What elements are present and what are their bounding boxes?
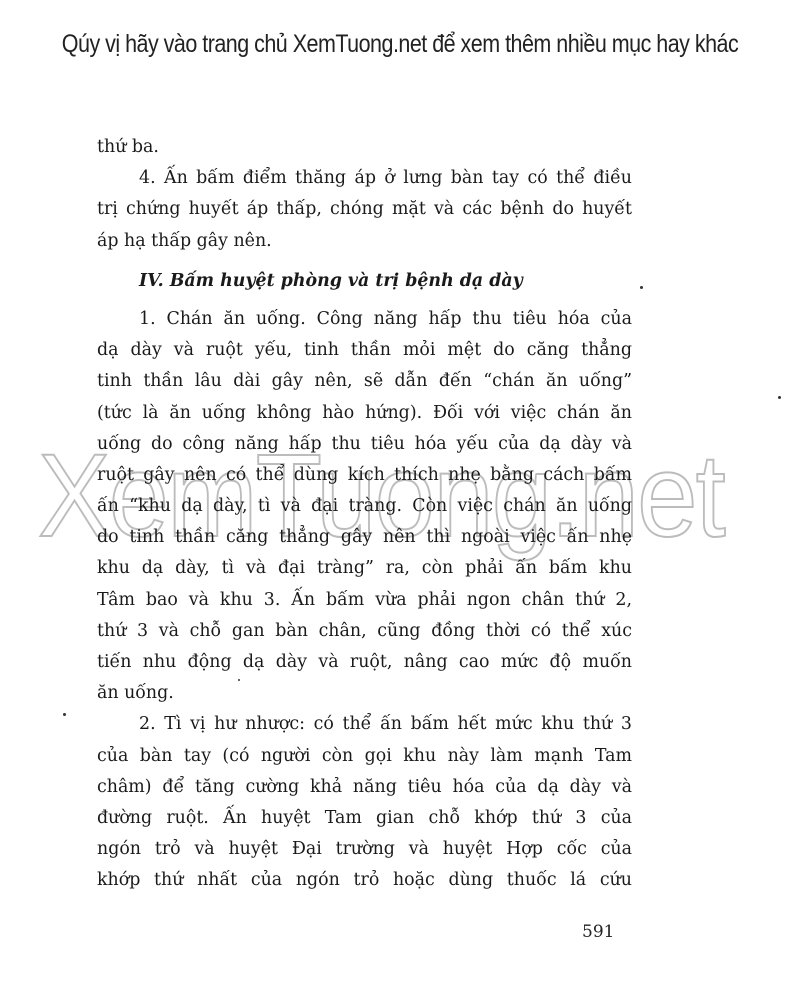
text-line: (tức là ăn uống không hào hứng). Đối với… xyxy=(97,398,632,429)
paragraph-4: 4. Ấn bấm điểm thăng áp ở lưng bàn tay c… xyxy=(97,163,632,257)
paragraph-2: 2. Tì vị hư nhược: có thể ấn bấm hết mức… xyxy=(97,709,632,896)
page-number: 591 xyxy=(582,922,614,942)
text-line: 1. Chán ăn uống. Công năng hấp thu tiêu … xyxy=(97,304,632,335)
scan-speck xyxy=(640,286,643,289)
book-page-body: thứ ba. 4. Ấn bấm điểm thăng áp ở lưng b… xyxy=(97,132,632,897)
text-line: Tâm bao và khu 3. Ấn bấm vừa phải ngon c… xyxy=(97,585,632,616)
scan-speck xyxy=(63,713,66,716)
text-line: của bàn tay (có người còn gọi khu này là… xyxy=(97,741,632,772)
text-line: uống do công năng hấp thu tiêu hóa yếu c… xyxy=(97,429,632,460)
section-heading: IV. Bấm huyệt phòng và trị bệnh dạ dày xyxy=(97,266,632,297)
text-line: đường ruột. Ấn huyệt Tam gian chỗ khớp t… xyxy=(97,803,632,834)
text-line: tinh thần lâu dài gây nên, sẽ dẫn đến “c… xyxy=(97,366,632,397)
text-line: châm) để tăng cường khả năng tiêu hóa củ… xyxy=(97,772,632,803)
site-banner: Qúy vị hãy vào trang chủ XemTuong.net để… xyxy=(56,30,744,59)
text-line: khớp thứ nhất của ngón trỏ hoặc dùng thu… xyxy=(97,865,632,896)
paragraph-tail-line: thứ ba. xyxy=(97,132,632,163)
text-line: 4. Ấn bấm điểm thăng áp ở lưng bàn tay c… xyxy=(97,163,632,194)
text-line: áp hạ thấp gây nên. xyxy=(97,226,632,257)
paragraph-1: 1. Chán ăn uống. Công năng hấp thu tiêu … xyxy=(97,304,632,709)
text-line: do tinh thần căng thẳng gây nên thì ngoà… xyxy=(97,522,632,553)
text-line: ấn “khu dạ dày, tì và đại tràng. Còn việ… xyxy=(97,491,632,522)
text-line: ăn uống. xyxy=(97,678,632,709)
text-line: tiến nhu động dạ dày và ruột, nâng cao m… xyxy=(97,647,632,678)
scan-speck xyxy=(778,396,781,399)
text-line: trị chứng huyết áp thấp, chóng mặt và cá… xyxy=(97,194,632,225)
text-line: dạ dày và ruột yếu, tinh thần mỏi mệt do… xyxy=(97,335,632,366)
text-line: 2. Tì vị hư nhược: có thể ấn bấm hết mức… xyxy=(97,709,632,740)
text-line: thứ 3 và chỗ gan bàn chân, cũng đồng thờ… xyxy=(97,616,632,647)
text-line: ruột gây nên có thể dùng kích thích nhẹ … xyxy=(97,460,632,491)
text-line: khu dạ dày, tì và đại tràng” ra, còn phả… xyxy=(97,553,632,584)
text-line: ngón trỏ và huyệt Đại trường và huyệt Hợ… xyxy=(97,834,632,865)
